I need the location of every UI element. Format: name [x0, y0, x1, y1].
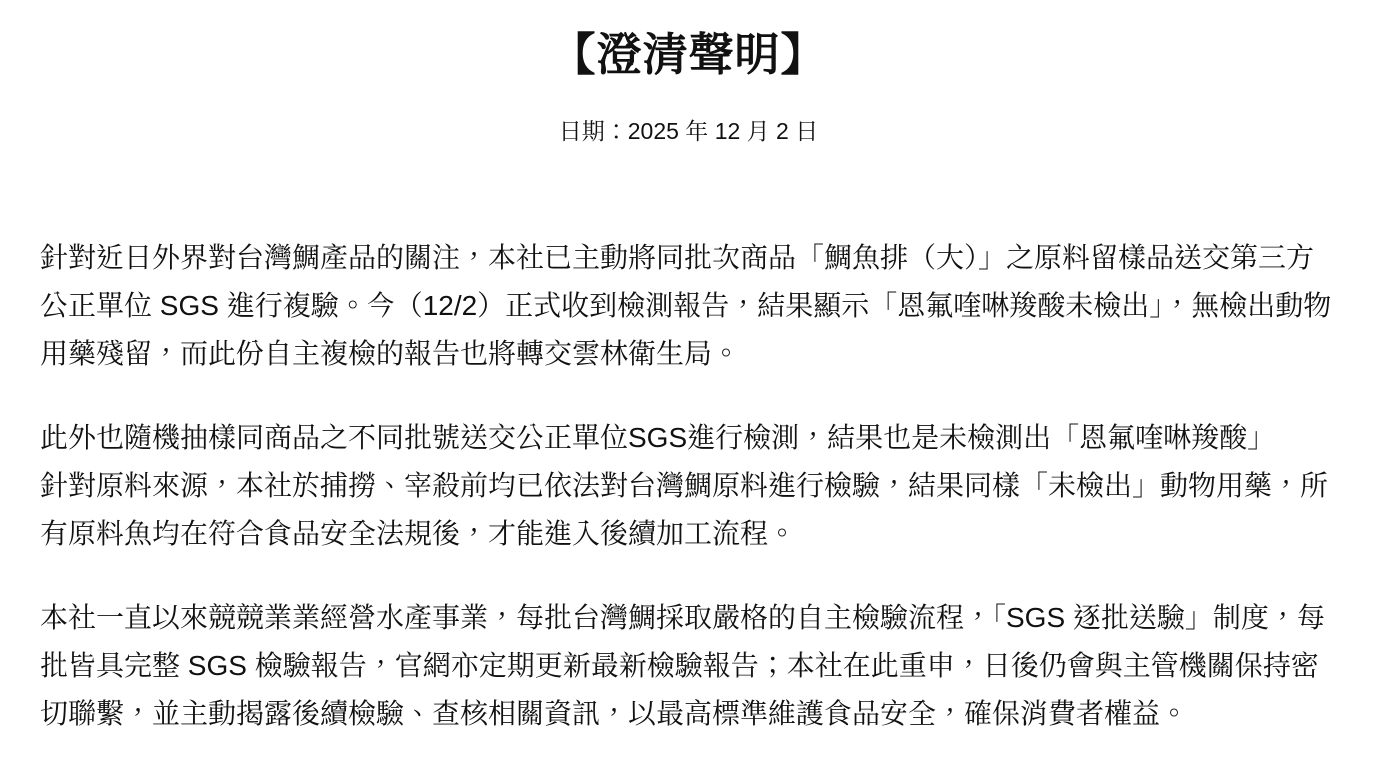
- page-title: 【澄清聲明】: [40, 28, 1337, 82]
- statement-paragraph: 本社一直以來競競業業經營水產事業，每批台灣鯛採取嚴格的自主檢驗流程，「SGS 逐…: [40, 594, 1337, 738]
- statement-body: 針對近日外界對台灣鯛產品的關注，本社已主動將同批次商品「鯛魚排（大）」之原料留樣…: [40, 234, 1337, 738]
- clarification-statement-document: 【澄清聲明】 日期：2025 年 12 月 2 日 針對近日外界對台灣鯛產品的關…: [0, 0, 1377, 775]
- statement-paragraph: 針對近日外界對台灣鯛產品的關注，本社已主動將同批次商品「鯛魚排（大）」之原料留樣…: [40, 234, 1337, 378]
- statement-date: 日期：2025 年 12 月 2 日: [40, 118, 1337, 146]
- statement-paragraph: 此外也隨機抽樣同商品之不同批號送交公正單位SGS進行檢測，結果也是未檢測出「恩氟…: [40, 414, 1337, 558]
